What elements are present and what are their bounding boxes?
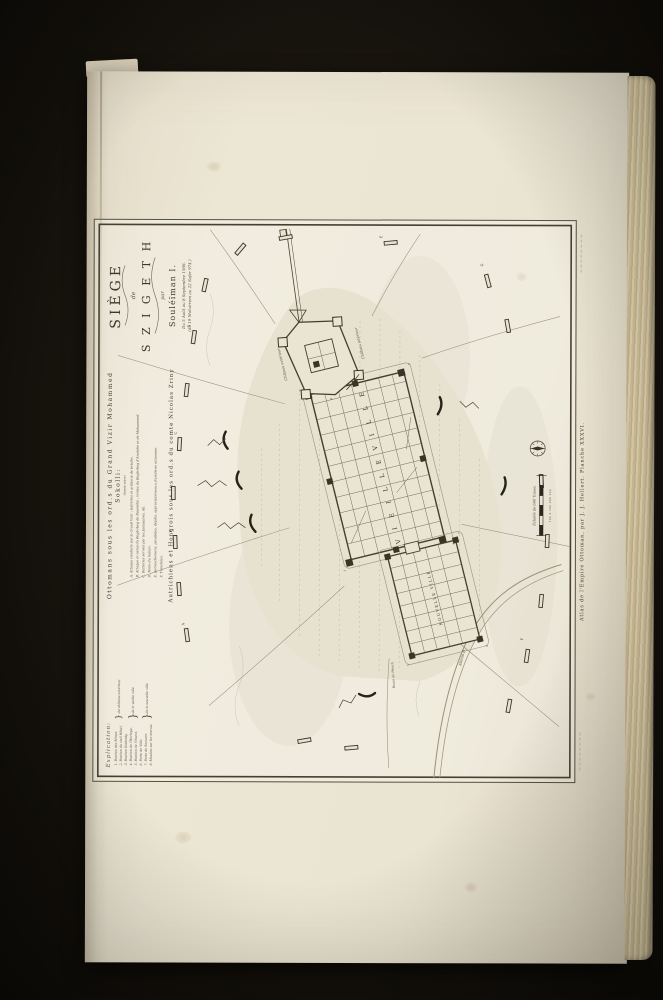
explication-item-1: 1. Bastion des Mines. <box>113 730 117 765</box>
explication-item-5: 5. Bastion de l'Ouest. <box>133 730 137 765</box>
plate-caption: Atlas de l'Empire Ottoman, par J. J. Hel… <box>579 422 586 622</box>
engraved-plate: SIÈGE de S Z I G E T H par Souléïman I. … <box>88 214 586 786</box>
title-szigeth: S Z I G E T H <box>139 238 152 351</box>
legend-ottomans-heading2: Sokolli: <box>114 467 121 502</box>
title-par: par <box>160 290 166 299</box>
svg-text:D: D <box>186 324 190 327</box>
explication-item-3: 3. Bastion Nadasdy. <box>123 733 127 765</box>
legend-item-e: E. Retranchemens, parallèles, dépôts, ap… <box>153 446 157 578</box>
legend-item-a: A. Attaque conduite par le Grand Vizir ;… <box>129 456 133 578</box>
explication-brace-2: } <box>127 713 138 719</box>
svg-text:F: F <box>520 637 524 640</box>
legend-ottomans-heading: Ottomans sous les ord.s du Grand Vizir M… <box>106 371 114 599</box>
explication-brace-1: } <box>113 714 122 719</box>
title-de: de <box>130 291 137 299</box>
svg-text:G: G <box>480 263 484 266</box>
explication-heading: Explication: <box>105 722 111 768</box>
explication-item-6: 6. Porte de Ville. <box>138 738 142 765</box>
svg-text:C: C <box>173 431 177 434</box>
legend-ottomans-subnote: (teinte noire) <box>122 474 126 495</box>
title-sultan: Souléïman I. <box>167 263 176 326</box>
svg-text:B: B <box>168 529 172 532</box>
title-date-2: (du 19 Moharrem au 22 Safer 974.) <box>186 258 191 331</box>
explication-item-7: 7. Porte de Secours. <box>143 732 147 765</box>
foxing-spot <box>207 162 221 172</box>
explication-note-2: de la vieille ville <box>130 687 134 713</box>
title-date-1: Du 5 Août au 8 Septembre 1566. <box>180 262 185 330</box>
foxing-spot <box>175 832 191 844</box>
svg-text:E: E <box>379 235 383 238</box>
foxing-spot <box>465 882 477 892</box>
explication-item-8: 8. Moulins sur les marais. <box>148 723 152 765</box>
legend-austrians-heading: Autrichiens et Hongrois sous les ord.s d… <box>168 368 175 603</box>
explication-item-2: 2. Bastion du vieil Hôtel. <box>118 725 122 766</box>
explication-note-1: du château extérieur <box>116 679 120 713</box>
legend-item-f: F. Tranchées. <box>159 555 163 578</box>
siege-map-svg: SIÈGE de S Z I G E T H par Souléïman I. … <box>88 215 586 786</box>
explication-note-3: de la nouvelle ville <box>144 683 148 713</box>
legend-item-b: B. Attaque et camp du Beglerbeg de Roumé… <box>135 413 139 578</box>
svg-text:A: A <box>181 622 185 626</box>
legend-item-c: C. Batteries servies par les Janissaires… <box>141 505 145 577</box>
map-rotated-content: SIÈGE de S Z I G E T H par Souléïman I. … <box>88 215 586 786</box>
explication-item-4: 4. Bastion de l'Horloge. <box>128 727 132 766</box>
foxing-spot <box>586 693 596 701</box>
scale-numbers: 100 0 100 200 300 <box>547 488 551 521</box>
book-fore-edge-pages <box>624 76 655 960</box>
book-page: SIÈGE de S Z I G E T H par Souléïman I. … <box>85 71 629 963</box>
explication-brace-3: } <box>141 713 152 719</box>
legend-item-d: D. Tente du Sultan. <box>147 545 151 578</box>
title-siege: SIÈGE <box>105 261 123 328</box>
scale-label: Échelle de 600 Toises. <box>531 485 536 527</box>
